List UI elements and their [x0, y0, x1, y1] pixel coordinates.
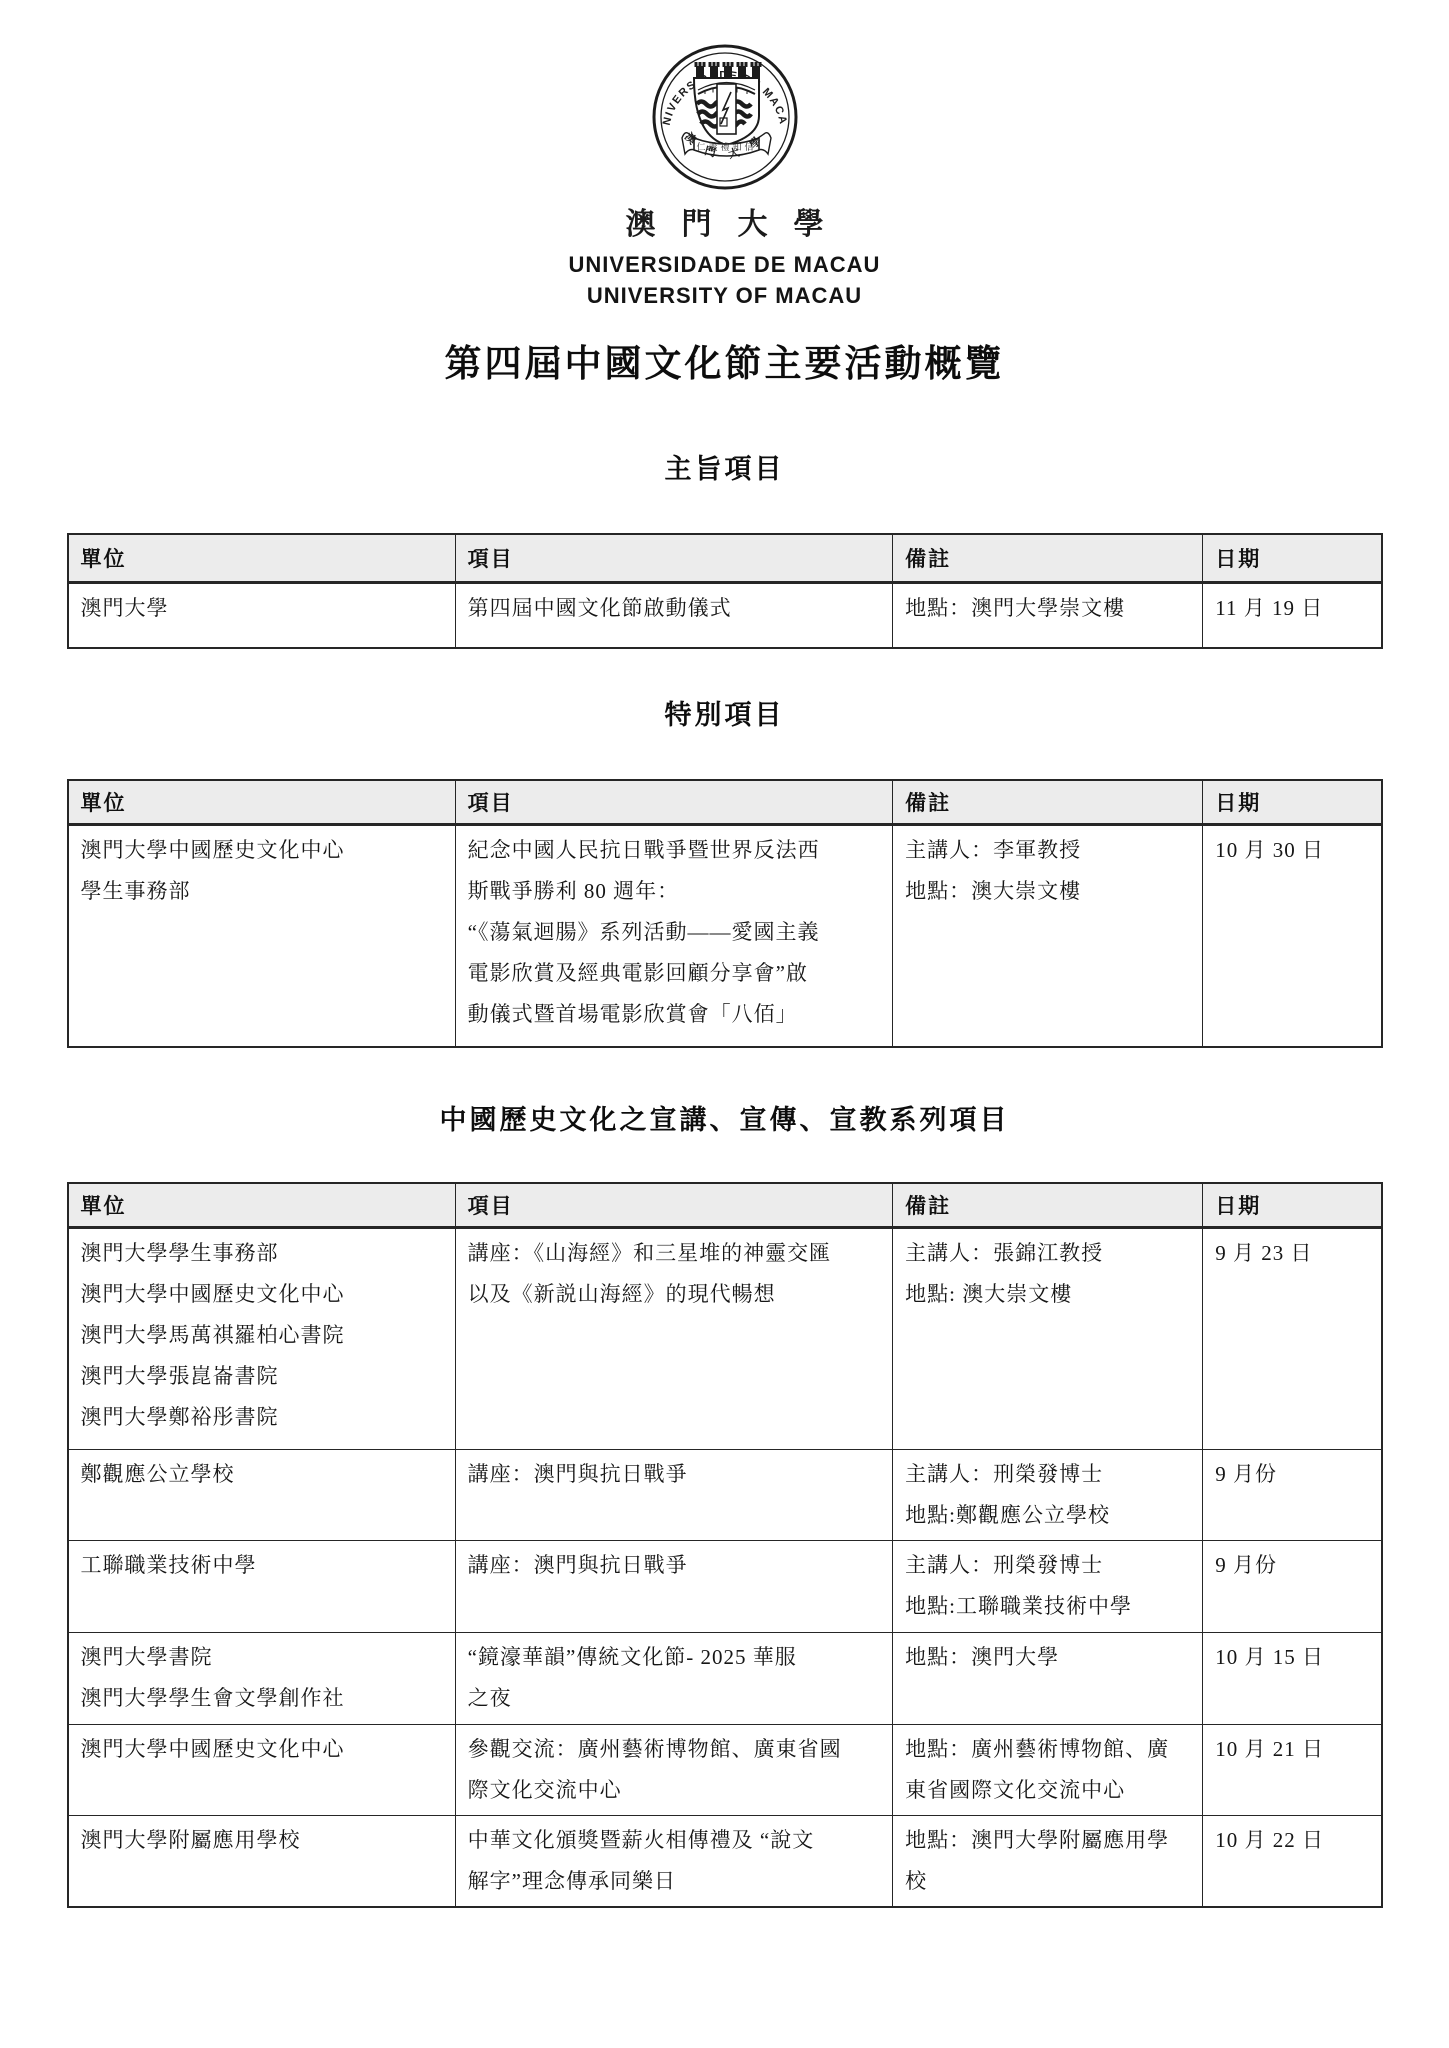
cell-item: “鏡濠華韻”傳統文化節- 2025 華服 之夜 — [455, 1632, 893, 1724]
cell-date: 11 月 19 日 — [1203, 582, 1382, 648]
column-header-unit: 單位 — [68, 534, 456, 582]
cell-notes: 主講人：刑榮發博士 地點:工聯職業技術中學 — [893, 1540, 1203, 1632]
header-row: 單位 項目 備註 日期 — [68, 1183, 1382, 1228]
cell-date: 10 月 21 日 — [1203, 1724, 1382, 1815]
cell-date: 10 月 22 日 — [1203, 1815, 1382, 1907]
cell-unit: 工聯職業技術中學 — [68, 1540, 456, 1632]
column-header-item: 項目 — [455, 1183, 893, 1228]
special-items-table: 單位 項目 備註 日期 澳門大學中國歷史文化中心 學生事務部 紀念中國人民抗日戰… — [67, 779, 1383, 1048]
series-items-table: 單位 項目 備註 日期 澳門大學學生事務部 澳門大學中國歷史文化中心 澳門大學馬… — [67, 1182, 1383, 1908]
column-header-item: 項目 — [455, 780, 893, 825]
university-logo: UNIVERSIDADE DE MACAU — [0, 42, 1449, 309]
table-row: 澳門大學中國歷史文化中心 參觀交流：廣州藝術博物館、廣東省國 際文化交流中心 地… — [68, 1724, 1382, 1815]
university-seal-icon: UNIVERSIDADE DE MACAU — [650, 42, 800, 192]
cell-date: 9 月份 — [1203, 1449, 1382, 1540]
cell-item: 參觀交流：廣州藝術博物館、廣東省國 際文化交流中心 — [455, 1724, 893, 1815]
cell-unit: 澳門大學學生事務部 澳門大學中國歷史文化中心 澳門大學馬萬祺羅柏心書院 澳門大學… — [68, 1227, 456, 1449]
cell-item: 講座：澳門與抗日戰爭 — [455, 1449, 893, 1540]
header-row: 單位 項目 備註 日期 — [68, 534, 1382, 582]
column-header-notes: 備註 — [893, 1183, 1203, 1228]
cell-notes: 地點：澳門大學崇文樓 — [893, 582, 1203, 648]
cell-date: 9 月 23 日 — [1203, 1227, 1382, 1449]
column-header-unit: 單位 — [68, 1183, 456, 1228]
cell-notes: 主講人：李軍教授 地點：澳大崇文樓 — [893, 825, 1203, 1047]
column-header-date: 日期 — [1203, 1183, 1382, 1228]
cell-unit: 澳門大學中國歷史文化中心 學生事務部 — [68, 825, 456, 1047]
cell-notes: 地點：廣州藝術博物館、廣 東省國際文化交流中心 — [893, 1724, 1203, 1815]
table-row: 澳門大學中國歷史文化中心 學生事務部 紀念中國人民抗日戰爭暨世界反法西 斯戰爭勝… — [68, 825, 1382, 1047]
cell-notes: 地點：澳門大學附屬應用學 校 — [893, 1815, 1203, 1907]
cell-notes: 主講人：刑榮發博士 地點:鄭觀應公立學校 — [893, 1449, 1203, 1540]
page-title: 第四屆中國文化節主要活動概覽 — [0, 343, 1449, 387]
section-heading-special: 特別項目 — [0, 699, 1449, 731]
section-heading-series: 中國歷史文化之宣講、宣傳、宣教系列項目 — [0, 1104, 1449, 1136]
cell-date: 9 月份 — [1203, 1540, 1382, 1632]
cell-unit: 澳門大學附屬應用學校 — [68, 1815, 456, 1907]
cell-unit: 澳門大學中國歷史文化中心 — [68, 1724, 456, 1815]
table-row: 澳門大學 第四屆中國文化節啟動儀式 地點：澳門大學崇文樓 11 月 19 日 — [68, 582, 1382, 648]
cell-item: 第四屆中國文化節啟動儀式 — [455, 582, 893, 648]
cell-unit: 澳門大學 — [68, 582, 456, 648]
cell-date: 10 月 30 日 — [1203, 825, 1382, 1047]
table-row: 澳門大學附屬應用學校 中華文化頒獎暨薪火相傳禮及 “說文 解字”理念傳承同樂日 … — [68, 1815, 1382, 1907]
column-header-notes: 備註 — [893, 780, 1203, 825]
cell-item: 講座：《山海經》和三星堆的神靈交匯 以及《新説山海經》的現代暢想 — [455, 1227, 893, 1449]
column-header-notes: 備註 — [893, 534, 1203, 582]
table-row: 澳門大學書院 澳門大學學生會文學創作社 “鏡濠華韻”傳統文化節- 2025 華服… — [68, 1632, 1382, 1724]
university-name-chinese: 澳門大學 — [0, 208, 1449, 242]
header-row: 單位 項目 備註 日期 — [68, 780, 1382, 825]
cell-item: 講座：澳門與抗日戰爭 — [455, 1540, 893, 1632]
cell-notes: 地點：澳門大學 — [893, 1632, 1203, 1724]
column-header-unit: 單位 — [68, 780, 456, 825]
main-items-table: 單位 項目 備註 日期 澳門大學 第四屆中國文化節啟動儀式 地點：澳門大學崇文樓… — [67, 533, 1383, 649]
cell-date: 10 月 15 日 — [1203, 1632, 1382, 1724]
cell-item: 中華文化頒獎暨薪火相傳禮及 “說文 解字”理念傳承同樂日 — [455, 1815, 893, 1907]
column-header-date: 日期 — [1203, 780, 1382, 825]
section-heading-main: 主旨項目 — [0, 453, 1449, 485]
cell-item: 紀念中國人民抗日戰爭暨世界反法西 斯戰爭勝利 80 週年： “《蕩氣迴腸》系列活… — [455, 825, 893, 1047]
cell-unit: 澳門大學書院 澳門大學學生會文學創作社 — [68, 1632, 456, 1724]
column-header-item: 項目 — [455, 534, 893, 582]
column-header-date: 日期 — [1203, 534, 1382, 582]
cell-notes: 主講人：張錦江教授 地點: 澳大崇文樓 — [893, 1227, 1203, 1449]
table-row: 澳門大學學生事務部 澳門大學中國歷史文化中心 澳門大學馬萬祺羅柏心書院 澳門大學… — [68, 1227, 1382, 1449]
university-name-portuguese: UNIVERSIDADE DE MACAU — [0, 252, 1449, 278]
document-page: UNIVERSIDADE DE MACAU — [0, 0, 1449, 1908]
table-row: 鄭觀應公立學校 講座：澳門與抗日戰爭 主講人：刑榮發博士 地點:鄭觀應公立學校 … — [68, 1449, 1382, 1540]
table-row: 工聯職業技術中學 講座：澳門與抗日戰爭 主講人：刑榮發博士 地點:工聯職業技術中… — [68, 1540, 1382, 1632]
university-name-english: UNIVERSITY OF MACAU — [0, 283, 1449, 309]
cell-unit: 鄭觀應公立學校 — [68, 1449, 456, 1540]
